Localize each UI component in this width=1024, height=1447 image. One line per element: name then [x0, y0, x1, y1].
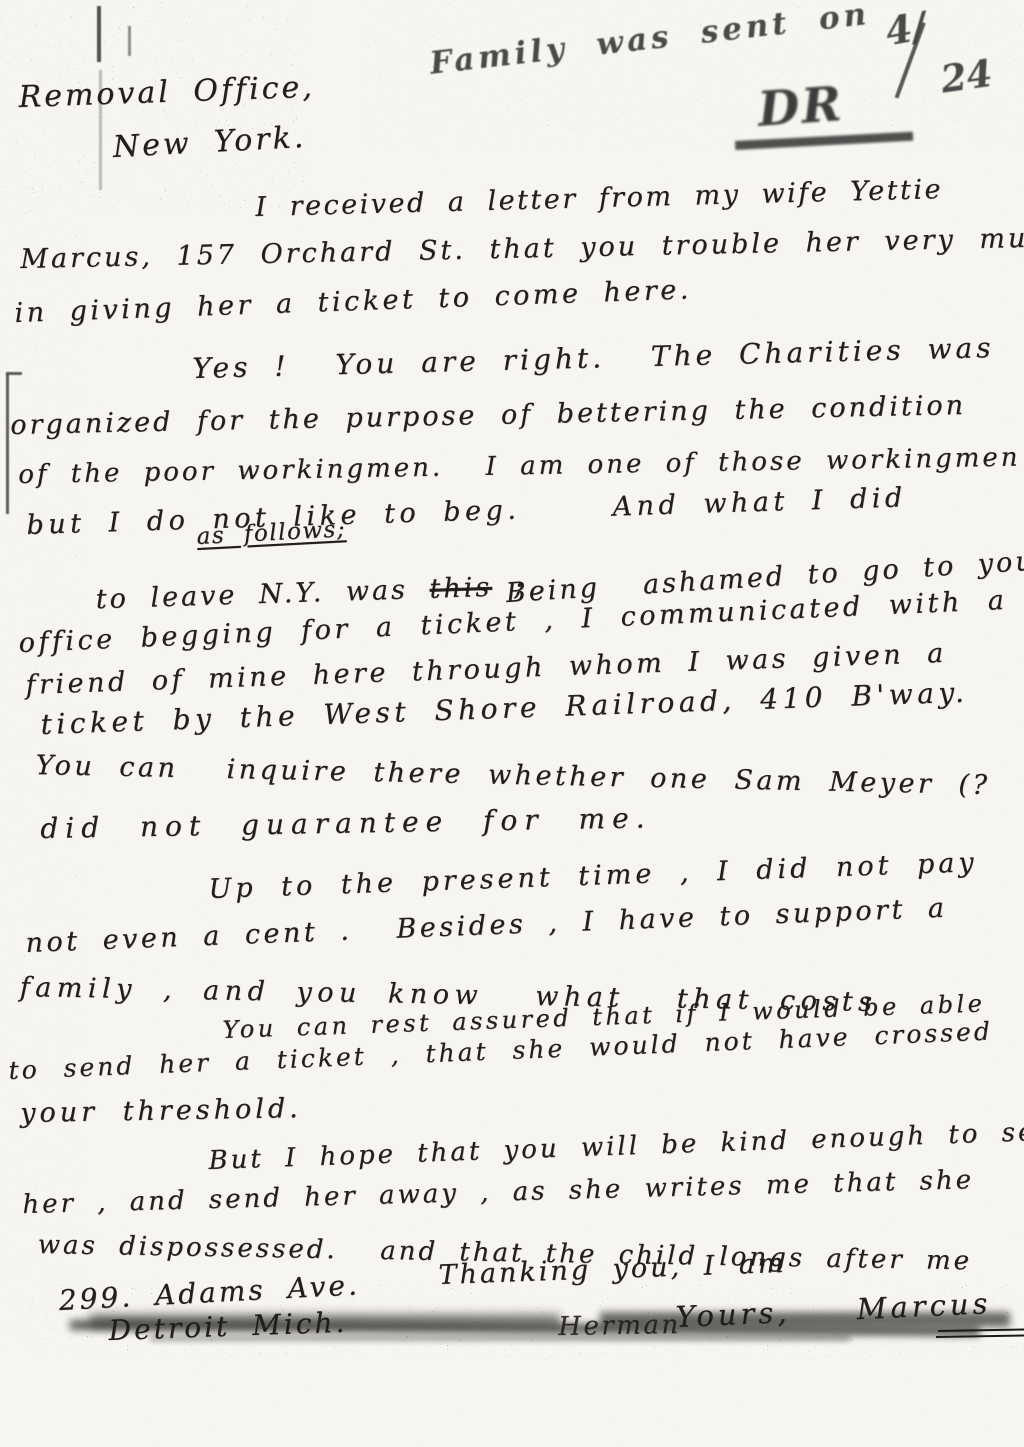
correction-pre-text: to leave N.Y. was [95, 574, 430, 615]
handwritten-line: her , and send her away , as she writes … [22, 1165, 974, 1220]
toner-band [90, 1314, 560, 1327]
handwritten-line: You can inquire there whether one Sam Me… [35, 750, 990, 801]
scan-edge-bracket [6, 372, 22, 375]
scanned-letter-page: Family was sent on 4/ 24 DR Removal Offi… [0, 0, 1024, 1447]
heading-line: New York. [112, 120, 307, 165]
pencil-initials: DR [756, 76, 845, 138]
handwritten-line: did not guarantee for me. [40, 801, 652, 845]
handwritten-line: but I do not like to beg. And what I did [26, 482, 907, 541]
heading-line: Removal Office, [18, 70, 315, 115]
handwritten-line: in giving her a ticket to come here. [14, 274, 692, 329]
handwritten-line: Yes ! You are right. The Charities was [192, 331, 995, 385]
toner-band [600, 1312, 1010, 1327]
pencil-annotation-date-denominator: 24 [938, 51, 995, 102]
scan-artifact-mark [97, 6, 101, 62]
handwritten-line: Marcus, 157 Orchard St. that you trouble… [20, 222, 1024, 275]
handwritten-line: I received a letter from my wife Yettie [255, 174, 943, 223]
handwritten-line: not even a cent . Besides , I have to su… [25, 893, 948, 959]
struck-word: this [429, 572, 493, 605]
scan-artifact-mark [128, 26, 131, 56]
handwritten-line: your threshold. [20, 1093, 302, 1129]
double-underline-stroke [936, 1334, 1024, 1338]
toner-band [150, 1336, 850, 1341]
double-underline-stroke [938, 1328, 1024, 1332]
pencil-annotation: Family was sent on [428, 0, 872, 82]
handwritten-line: organized for the purpose of bettering t… [10, 390, 966, 441]
scan-edge-bracket [6, 374, 9, 514]
